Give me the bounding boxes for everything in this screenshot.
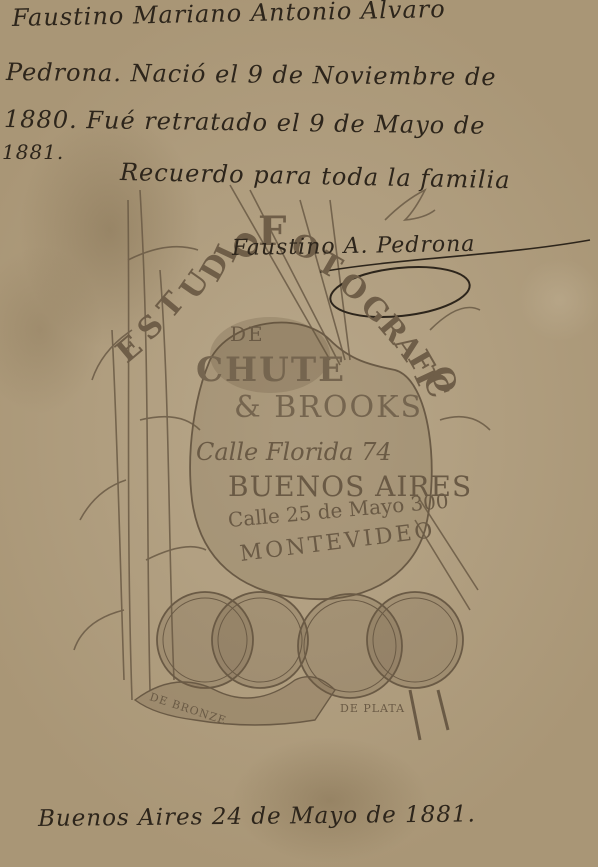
- photo-card-back: E S T U D I O F O T O G R A F I C O ESTU…: [0, 0, 598, 867]
- handwritten-place-date: Buenos Aires 24 de Mayo de 1881.: [38, 801, 476, 832]
- medal-label-silver: DE PLATA: [340, 702, 405, 715]
- imprint-studio-name-brooks: & BROOKS: [234, 390, 423, 425]
- handwritten-line-birth: Pedrona. Nació el 9 de Noviembre de: [6, 58, 497, 91]
- imprint-studio-name-chute: CHUTE: [196, 350, 346, 390]
- imprint-address-buenos-aires: Calle Florida 74: [196, 438, 392, 466]
- handwritten-line-year: 1881.: [2, 140, 64, 164]
- imprint-de: DE: [230, 322, 265, 346]
- handwritten-signature: Faustino A. Pedrona: [232, 232, 476, 261]
